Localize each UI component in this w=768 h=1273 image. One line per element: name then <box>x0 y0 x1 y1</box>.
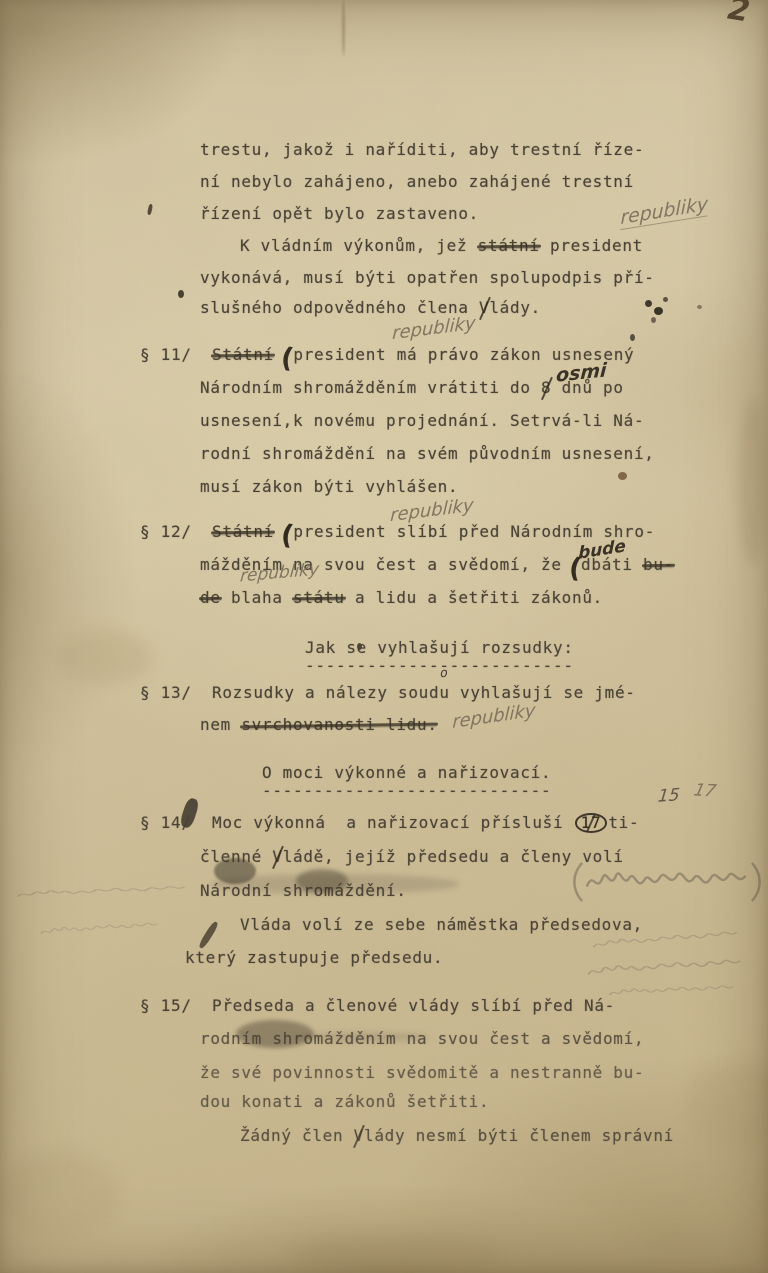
typed-line: který zastupuje předsedu. <box>185 948 443 968</box>
pencil-scribble <box>598 979 747 1002</box>
typed-line: § 13/Rozsudky a nálezy soudu vyhlašují s… <box>140 683 636 703</box>
typed-segment: Rozsudky a nálezy soudu vyhlašují se jmé… <box>212 683 636 702</box>
paper-stain <box>630 334 635 341</box>
typed-line: členné Vládě, jejíž předsedu a členy vol… <box>200 847 624 867</box>
section-label: § 14/ <box>140 813 212 833</box>
paper-stain <box>651 317 656 323</box>
paper-stain <box>290 1235 500 1273</box>
typed-segment: dou konati a zákonů šetřiti. <box>200 1092 489 1111</box>
typed-segment: musí zákon býti vyhlášen. <box>200 477 458 496</box>
typed-segment-strike: de <box>200 588 221 607</box>
pencil-scribble <box>573 951 756 984</box>
typed-segment: ní nebylo zahájeno, anebo zahájené trest… <box>200 172 634 191</box>
typed-segment: slušného odpovědného člena <box>200 298 479 317</box>
annotation-17: 17 <box>692 781 718 802</box>
typed-segment-penstrike: V <box>272 847 282 867</box>
typed-segment: president slíbí před Národním shro- <box>293 522 655 541</box>
paper-stain <box>645 300 652 307</box>
document-page: 2 trestu, jakož i naříditi, aby trestní … <box>0 0 768 1273</box>
typed-segment: ládě, jejíž předsedu a členy volí <box>283 847 624 866</box>
typed-segment-strike: státní <box>478 236 540 255</box>
paper-stain <box>56 630 152 684</box>
typed-line: § 15/Předseda a členové vlády slíbí před… <box>140 996 615 1016</box>
typed-line: vykonává, musí býti opatřen spolupodpis … <box>200 268 655 288</box>
pencil-scribble <box>2 881 202 904</box>
typed-segment: O moci výkonné a nařizovací. <box>262 763 551 782</box>
typed-segment: rodním shromážděním na svou čest a svědo… <box>200 1029 644 1048</box>
typed-line: § 11/Státní (president má právo zákon us… <box>140 345 634 365</box>
typed-segment-strike: Státní <box>212 522 274 541</box>
typed-segment: lády. <box>489 298 541 317</box>
typed-segment-strike: bu- <box>643 555 674 574</box>
section-heading: Jak se vyhlašují rozsudky: <box>305 638 574 658</box>
typed-segment: který zastupuje předsedu. <box>185 948 443 967</box>
typed-line: rodní shromáždění na svém původním usnes… <box>200 444 655 464</box>
paper-stain <box>0 1150 120 1240</box>
typed-line: trestu, jakož i naříditi, aby trestní ří… <box>200 140 644 160</box>
annotation-15: 15 <box>657 785 681 807</box>
typed-segment: Vláda volí ze sebe náměstka předsedova, <box>240 915 643 934</box>
typed-line: Žádný člen Vlády nesmí býti členem správ… <box>240 1126 674 1146</box>
typed-segment: Jak se vyhlašují rozsudky: <box>305 638 574 657</box>
typed-segment: rodní shromáždění na svém původním usnes… <box>200 444 655 463</box>
typed-segment: nem <box>200 715 241 734</box>
typed-segment-circle: 17 <box>575 813 608 833</box>
pencil-scribble <box>30 916 171 941</box>
paper-stain <box>663 297 668 302</box>
typed-line: řízení opět bylo zastaveno. <box>200 204 479 224</box>
typed-segment: ti- <box>608 813 639 832</box>
typed-line: slušného odpovědného člena Vlády. <box>200 298 541 318</box>
typed-segment-caret: ( <box>281 530 295 542</box>
typed-segment: K vládním výkonům, jež <box>240 236 478 255</box>
typed-segment-penstrike: V <box>354 1126 364 1146</box>
typed-segment: Národní shromáždění. <box>200 881 407 900</box>
typed-line: ní nebylo zahájeno, anebo zahájené trest… <box>200 172 634 192</box>
typed-segment: trestu, jakož i naříditi, aby trestní ří… <box>200 140 644 159</box>
typed-superscript-o: o <box>439 666 449 681</box>
typed-line: Národní shromáždění. <box>200 881 407 901</box>
heading-underline: ---------------------------- <box>262 781 551 801</box>
typed-segment: členné <box>200 847 272 866</box>
paper-stain <box>178 290 184 298</box>
typed-line: de blaha státu a lidu a šetřiti zákonů. <box>200 588 603 608</box>
typed-segment: Národním shromážděním vrátiti do <box>200 378 541 397</box>
typed-segment: lády nesmí býti členem správní <box>364 1126 674 1145</box>
typed-segment-penstrike: V <box>479 298 489 318</box>
typed-line: že své povinnosti svědomitě a nestranně … <box>200 1063 644 1083</box>
paper-stain <box>697 305 702 309</box>
section-heading: O moci výkonné a nařizovací. <box>262 763 551 783</box>
typed-line: dou konati a zákonů šetřiti. <box>200 1092 489 1112</box>
typed-segment: řízení opět bylo zastaveno. <box>200 204 479 223</box>
typed-line: usnesení,k novému projednání. Setrvá-li … <box>200 411 644 431</box>
section-label: § 13/ <box>140 683 212 703</box>
typed-segment: že své povinnosti svědomitě a nestranně … <box>200 1063 644 1082</box>
page-number: 2 <box>725 0 752 29</box>
paper-stain <box>738 396 768 566</box>
section-label: § 11/ <box>140 345 212 365</box>
typed-segment: Předseda a členové vlády slíbí před Ná- <box>212 996 615 1015</box>
section-label: § 12/ <box>140 522 212 542</box>
section-label: § 15/ <box>140 996 212 1016</box>
paper-stain <box>618 472 627 480</box>
typed-segment-strike: Státní <box>212 345 274 364</box>
paper-stain <box>654 307 663 315</box>
typed-segment-strike: svrchovanosti lidu. <box>241 715 437 734</box>
typed-segment-caret: ( <box>281 353 295 365</box>
paper-stain <box>688 1060 768 1150</box>
typed-segment: Žádný člen <box>240 1126 354 1145</box>
paper-stain <box>198 920 220 949</box>
typed-segment: usnesení,k novému projednání. Setrvá-li … <box>200 411 644 430</box>
typed-line: musí zákon býti vyhlášen. <box>200 477 458 497</box>
typed-line: nem svrchovanosti lidu. <box>200 715 438 735</box>
typed-line: rodním shromážděním na svou čest a svědo… <box>200 1029 644 1049</box>
paper-stain <box>147 204 153 216</box>
paper-stain <box>342 0 345 56</box>
typed-segment: president <box>540 236 643 255</box>
typed-segment: ---------------------------- <box>262 781 551 800</box>
typed-segment: a lidu a šetřiti zákonů. <box>345 588 603 607</box>
typed-segment: blaha <box>221 588 293 607</box>
typed-segment: vykonává, musí býti opatřen spolupodpis … <box>200 268 655 287</box>
typed-segment-strike: státu <box>293 588 345 607</box>
typed-segment-penstrike: 8 <box>541 378 551 398</box>
typed-line: K vládním výkonům, jež státní president <box>240 236 643 256</box>
typed-line: § 14/Moc výkonná a nařizovací přísluší 1… <box>140 813 639 833</box>
typed-segment-caret: ( <box>568 563 582 575</box>
typed-segment: Moc výkonná a nařizovací přísluší <box>212 813 574 832</box>
typed-line: Vláda volí ze sebe náměstka předsedova, <box>240 915 643 935</box>
annotation-republiky: republiky <box>452 700 536 733</box>
annotation-republiky: republiky <box>620 193 708 230</box>
